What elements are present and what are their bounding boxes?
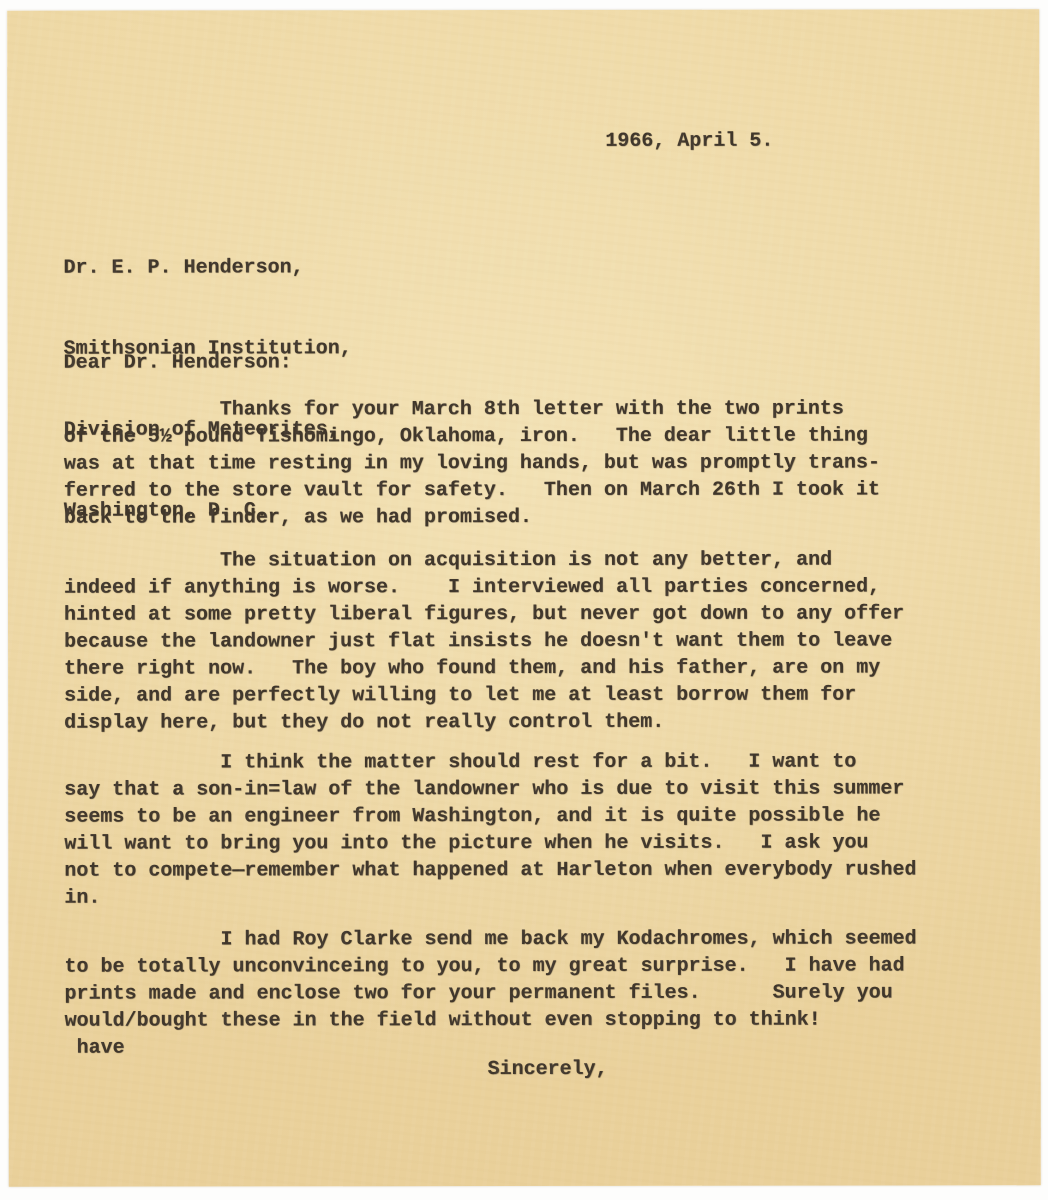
paragraph-acquisition-situation: The situation on acquisition is not any … bbox=[64, 546, 994, 736]
letter-page: 1966, April 5. Dr. E. P. Henderson, Smit… bbox=[7, 9, 1041, 1186]
letter-date: 1966, April 5. bbox=[605, 128, 773, 155]
address-line-name: Dr. E. P. Henderson, bbox=[64, 254, 352, 281]
salutation: Dear Dr. Henderson: bbox=[64, 349, 292, 376]
scanned-letter: 1966, April 5. Dr. E. P. Henderson, Smit… bbox=[0, 0, 1048, 1200]
paragraph-kodachromes: I had Roy Clarke send me back my Kodachr… bbox=[64, 925, 994, 1061]
paragraph-rest-for-a-bit: I think the matter should rest for a bit… bbox=[64, 748, 1004, 911]
paragraph-tishomingo-prints: Thanks for your March 8th letter with th… bbox=[64, 395, 994, 531]
closing-sincerely: Sincerely, bbox=[488, 1056, 608, 1083]
